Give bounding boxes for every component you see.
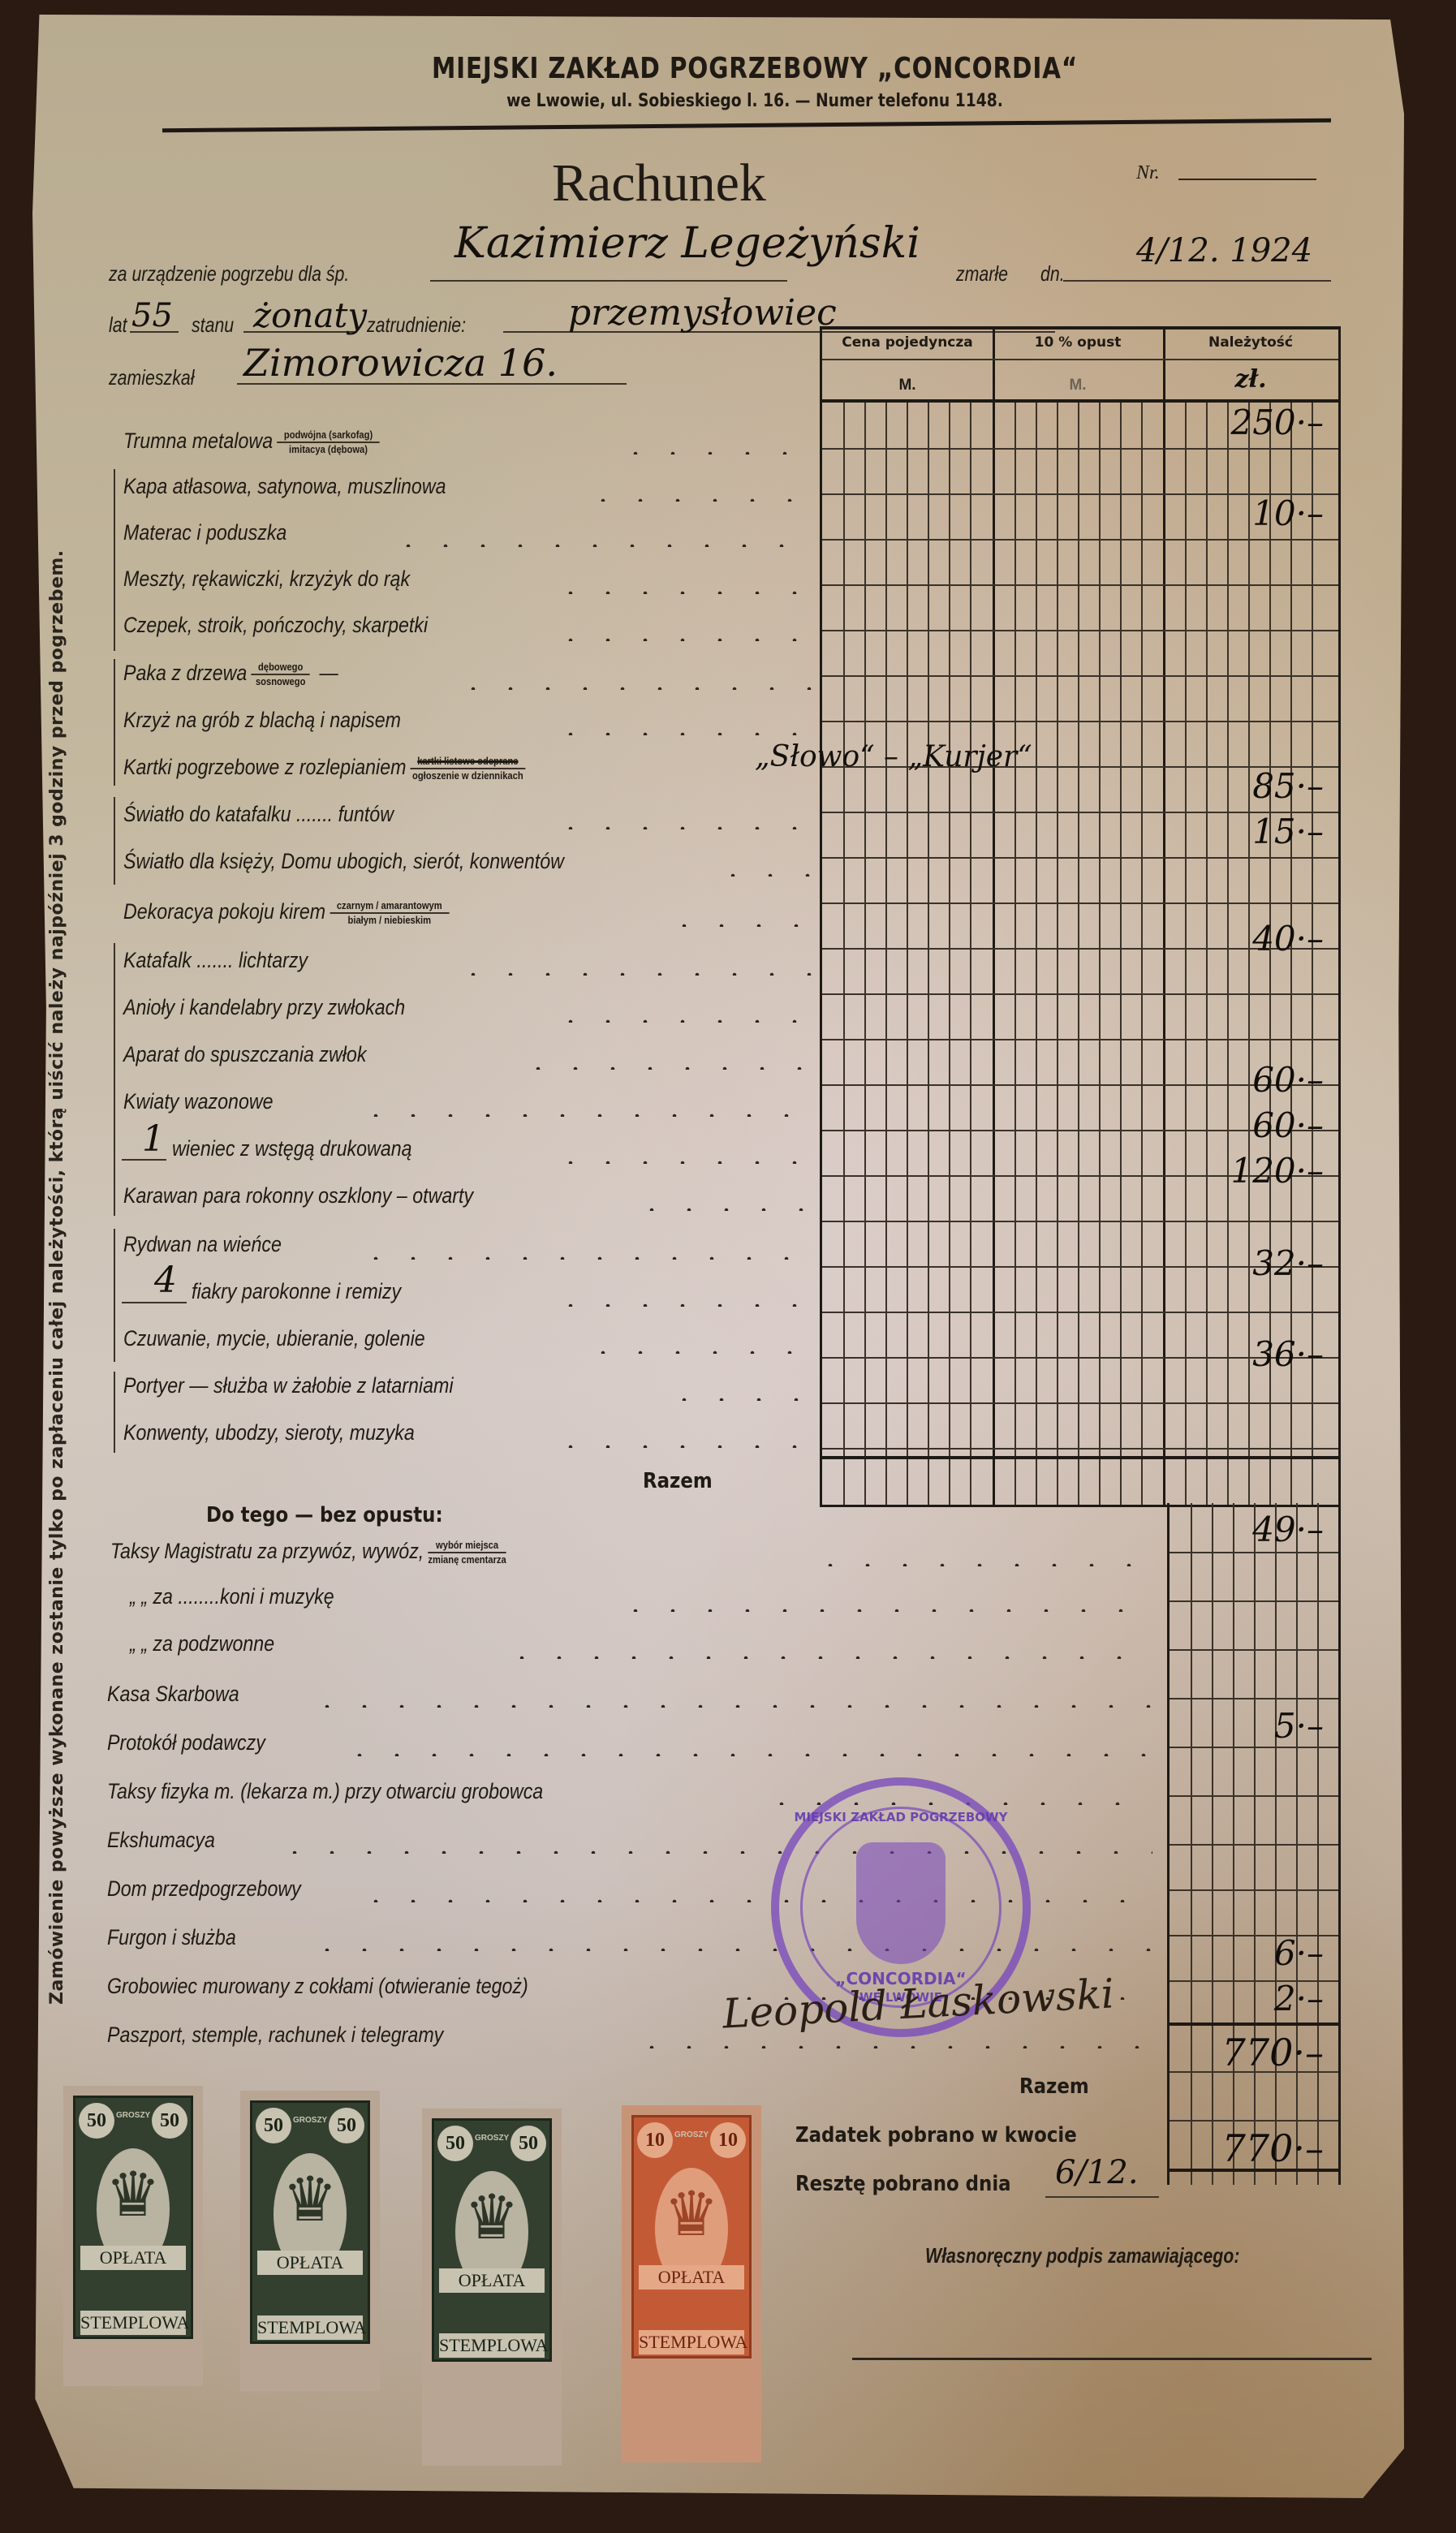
stamp-top-label: OPŁATA [257,2251,363,2275]
row-rule [822,539,1338,541]
company-name: MIEJSKI ZAKŁAD POGRZEBOWY „CONCORDIA“ [295,52,1214,85]
row-rule [822,630,1338,631]
row-rule [822,721,1338,722]
number-label: Nr. [1136,162,1160,184]
dot-leader [552,638,812,641]
col-header-discount: 10 % opust [993,334,1163,351]
stamp-top-label: OPŁATA [80,2246,186,2270]
dot-leader [357,1114,812,1117]
dot-leader [357,1899,1152,1902]
stamp-face: 50 GROSZY 50 ♛ OPŁATA STEMPLOWA [73,2096,193,2339]
row-rule [1170,1844,1338,1846]
row-rule [822,857,1338,859]
stamp-unit: GROSZY [116,2111,150,2120]
row-rule [822,1448,1338,1450]
deceased-underline [430,280,787,282]
item-cover: Kapa atłasowa, satynowa, muszlinowa [123,474,446,499]
dot-leader [552,826,812,829]
extra-physician-fees: Taksy fizyka m. (lekarza m.) przy otwarc… [107,1779,543,1804]
stamp-top-label: OPŁATA [439,2268,545,2293]
item-vigil-washing: Czuwanie, mycie, ubieranie, golenie [123,1326,425,1351]
row-rule [822,1402,1338,1404]
deceased-name: Kazimierz Legeżyński [454,219,920,268]
document-title: Rachunek [552,153,766,214]
dot-leader [633,1208,812,1211]
age-value: 55 [131,297,173,334]
item-coffin: Trumna metalowapodwójna (sarkofag)imitac… [123,429,384,456]
dot-leader [552,1445,812,1448]
row-rule [1170,2120,1338,2122]
eagle-icon: ♛ [464,2187,519,2249]
dot-leader [552,1161,812,1164]
stamp-value: 10 [710,2122,746,2158]
stamp-bottom-label: STEMPLOWA [80,2311,186,2335]
stamp-value: 50 [79,2103,114,2139]
company-address: we Lwowie, ul. Sobieskiego l. 16. — Nume… [279,91,1231,111]
extra-treasury: Kasa Skarbowa [107,1682,239,1707]
grid-line [1206,403,1208,1505]
amount-mattress: 10·– [1252,493,1324,533]
dot-leader [666,1398,812,1401]
amount-vigil-washing: 36·– [1252,1334,1324,1374]
stamp-value: 50 [152,2103,187,2139]
date-underline [1063,280,1331,282]
row-rule [1170,1649,1338,1651]
item-funeral-cards: Kartki pogrzebowe z rozlepianiemkartki l… [123,755,529,782]
dot-leader [454,687,812,690]
dot-leader [552,1019,812,1023]
status-label: stanu [192,312,234,338]
stamp-face: 10 GROSZY 10 ♛ OPŁATA STEMPLOWA [631,2115,752,2359]
grid-line [1227,403,1229,1505]
group-brace [114,469,122,651]
item-potted-flowers: Kwiaty wazonowe [123,1089,274,1114]
dot-leader [519,1066,812,1070]
row-rule [1170,1795,1338,1797]
grid-line [1185,403,1187,1505]
extras-table: 49·– 5·– 6·– 2·– 770·– 770·– [1167,1503,1341,2185]
deposit-label: Zadatek pobrano w kwocie [795,2123,1077,2147]
stamp-value: 50 [256,2108,291,2143]
customer-signature-line[interactable] [852,2358,1372,2360]
stamp-top-label: OPŁATA [639,2265,744,2290]
col-unit-zloty: zł. [1163,365,1338,394]
stamp-bottom-label: STEMPLOWA [639,2330,744,2354]
grid-line [1036,403,1037,1505]
stamp-value: 50 [510,2126,546,2161]
died-label: zmarłe [956,261,1008,286]
group-brace [114,659,122,786]
dot-leader [812,1563,1152,1566]
column-separator [993,330,995,1505]
eagle-icon: ♛ [664,2184,719,2246]
extra-exhumation: Ekshumacya [107,1828,215,1853]
amount-coffin: 250·– [1230,403,1324,442]
amount-magistrate-fees: 49·– [1252,1510,1324,1549]
row-rule [822,902,1338,904]
item-angels-candelabra: Anioły i kandelabry przy zwłokach [123,995,405,1020]
row-rule [822,993,1338,995]
amount-decoration: 40·– [1252,919,1324,958]
extra-handover-protocol: Protokół podawczy [107,1730,265,1755]
item-bonnet-stockings: Czepek, stroik, pończochy, skarpetki [123,613,428,638]
stamp-unit: GROSZY [674,2130,709,2139]
total-amount: 770·– [1222,2031,1324,2074]
item-catafalque: Katafalk ....... lichtarzy [123,948,308,973]
amount-handover-protocol: 5·– [1274,1706,1324,1746]
item-mourning-servants: Portyer — służba w żałobie z latarniami [123,1373,454,1398]
extra-masonry-tomb: Grobowiec murowany z cokłami (otwieranie… [107,1974,528,1999]
balance-date: 6/12. [1055,2154,1139,2191]
col-header-amount-due: Należytość [1163,334,1338,351]
occupation-value: przemysłowiec [568,292,837,334]
extras-heading: Do tego — bez opustu: [206,1503,443,1527]
row-rule [1170,1889,1338,1891]
eagle-icon: ♛ [282,2169,338,2231]
grid-line [970,403,971,1505]
stamp-unit: GROSZY [293,2116,327,2125]
row-rule [1170,1552,1338,1553]
amount-stamps-invoice: 2·– [1274,1979,1324,2018]
stamp-value: 50 [329,2108,364,2143]
grid-line [1099,403,1101,1505]
item-wooden-box: Paka z drzewadębowegososnowego — [123,661,338,688]
coat-of-arms-icon [856,1842,946,1964]
customer-signature-label: Własnoręczny podpis zamawiającego: [925,2243,1239,2268]
row-rule [822,1221,1338,1222]
item-mattress: Materac i poduszka [123,520,286,545]
revenue-stamp: 10 GROSZY 10 ♛ OPŁATA STEMPLOWA [622,2105,761,2462]
grid-line [1120,403,1122,1505]
item-wreath: wieniec z wstęgą drukowaną [172,1136,412,1161]
quantity-underline [122,1159,166,1161]
grid-line [1057,403,1058,1505]
amount-wreath: 120·– [1230,1151,1324,1191]
col-header-unit-price: Cena pojedyncza [822,334,993,351]
charges-table: Cena pojedyncza 10 % opust Należytość M.… [820,326,1341,1507]
grid-line [1248,403,1250,1505]
revenue-stamp: 50 GROSZY 50 ♛ OPŁATA STEMPLOWA [240,2091,380,2391]
grid-line [949,403,950,1505]
grid-line [1141,403,1143,1505]
dot-leader [584,498,812,502]
extra-van-service: Furgon i służba [107,1925,236,1950]
extra-horses-music: „ „ za ........koni i muzykę [130,1584,334,1609]
dot-leader [341,1753,1152,1756]
row-rule [822,584,1338,586]
seal-ring-text: MIEJSKI ZAKŁAD POGRZEBOWY [779,1810,1023,1824]
eagle-icon: ♛ [106,2165,161,2226]
row-rule [1170,1600,1338,1602]
number-field [1178,179,1316,180]
col-unit-marks-2: M. [993,377,1163,394]
dot-leader [633,2045,1152,2048]
row-rule [1170,1698,1338,1699]
subtotal-label: Razem [643,1469,713,1493]
stamp-value: 10 [637,2122,673,2158]
total-rule [1170,2023,1338,2026]
group-brace [114,943,122,1216]
dot-leader [714,873,812,877]
revenue-stamp: 50 GROSZY 50 ♛ OPŁATA STEMPLOWA [422,2109,562,2466]
amount-potted-flowers: 60·– [1252,1105,1324,1145]
dot-leader [357,1256,812,1260]
grid-line [1078,403,1079,1505]
grid-line [907,403,908,1505]
stamp-face: 50 GROSZY 50 ♛ OPŁATA STEMPLOWA [250,2100,370,2344]
extra-stamps-invoice: Paszport, stemple, rachunek i telegramy [107,2023,443,2048]
stamp-face: 50 GROSZY 50 ♛ OPŁATA STEMPLOWA [432,2118,552,2362]
item-grave-cross: Krzyż na grób z blachą i napisem [123,708,401,733]
grid-line [928,403,929,1505]
stamp-bottom-label: STEMPLOWA [257,2315,363,2340]
quantity-underline [122,1302,187,1303]
dot-leader [617,1609,1152,1612]
dot-leader [552,591,812,594]
newspaper-names: „Słowo“ – „Kurjer“ [755,740,1032,773]
dot-leader [308,1704,1152,1708]
amount-lowering-device: 60·– [1252,1060,1324,1100]
row-rule [822,1039,1338,1040]
row-rule [1170,1747,1338,1748]
amount-wreath-chariot: 32·– [1252,1243,1324,1283]
deceased-label: za urządzenie pogrzebu dla śp. [109,261,349,286]
balance-label: Resztę pobrano dnia [795,2172,1011,2196]
group-brace [114,797,122,885]
grid-line [885,403,887,1505]
item-carriages: fiakry parokonne i remizy [192,1279,401,1304]
revenue-stamp: 50 GROSZY 50 ♛ OPŁATA STEMPLOWA [63,2086,203,2386]
death-date: 4/12. 1924 [1136,232,1312,269]
stamp-value: 50 [437,2126,473,2161]
item-room-decoration: Dekoracya pokoju kiremczarnym / amaranto… [123,899,453,927]
item-hearse: Karawan para rokonny oszklony – otwarty [123,1183,473,1208]
grid-line [1014,403,1016,1505]
row-rule [822,1312,1338,1313]
row-rule [822,675,1338,677]
row-rule [822,448,1338,450]
carriage-quantity: 4 [154,1260,177,1301]
group-brace [114,1229,122,1362]
item-slippers-gloves: Meszty, rękawiczki, krzyżyk do rąk [123,566,410,592]
dot-leader [584,1351,812,1354]
column-separator [1163,330,1165,1505]
item-catafalque-light: Światło do katafalku ....... funtów [123,802,394,827]
amount-funeral-cards: 85·– [1252,766,1324,806]
item-clergy-light: Światło dla księży, Domu ubogich, sierót… [123,849,564,874]
dot-leader [276,1850,1152,1854]
item-lowering-device: Aparat do spuszczania zwłok [123,1042,366,1067]
total-label: Razem [1019,2074,1089,2099]
dot-leader [454,972,812,976]
item-wreath-chariot: Rydwan na wieńce [123,1232,282,1257]
wreath-quantity: 1 [142,1118,165,1160]
occupation-label: zatrudnienie: [367,312,466,338]
extra-magistrate-fees: Taksy Magistratu za przywóz, wywóz,wybór… [110,1539,510,1566]
status-value: żonaty [253,295,367,335]
dot-leader [503,1656,1152,1659]
dot-leader [390,544,812,547]
grid-line [864,403,866,1505]
amount-catafalque-light: 15·– [1252,812,1324,851]
dot-leader [552,1303,812,1307]
col-unit-marks-1: M. [822,377,993,394]
subtotal-rule [822,1456,1338,1459]
header-divider [822,359,1338,360]
date-label: dn. [1040,261,1065,286]
stamp-bottom-label: STEMPLOWA [439,2333,545,2358]
extra-bell-ringing: „ „ za podzwonne [130,1631,274,1656]
balance-date-underline [1045,2196,1159,2198]
dot-leader [308,1948,1152,1951]
group-brace [114,1372,122,1453]
grid-line [843,403,845,1505]
item-convents-music: Konwenty, ubodzy, sieroty, muzyka [123,1420,415,1445]
address-value: Zimorowicza 16. [243,341,558,385]
stamp-unit: GROSZY [475,2134,509,2143]
age-label: lat [109,312,127,338]
balance-amount: 770·– [1222,2126,1324,2170]
address-label: zamieszkał [109,365,194,390]
side-note: Zamówienie powyższe wykonane zostanie ty… [47,203,67,2005]
extra-funeral-home: Dom przedpogrzebowy [107,1876,301,1902]
dot-leader [617,451,812,454]
dot-leader [666,924,812,927]
dot-leader [552,732,812,735]
amount-masonry-tomb: 6·– [1274,1933,1324,1973]
